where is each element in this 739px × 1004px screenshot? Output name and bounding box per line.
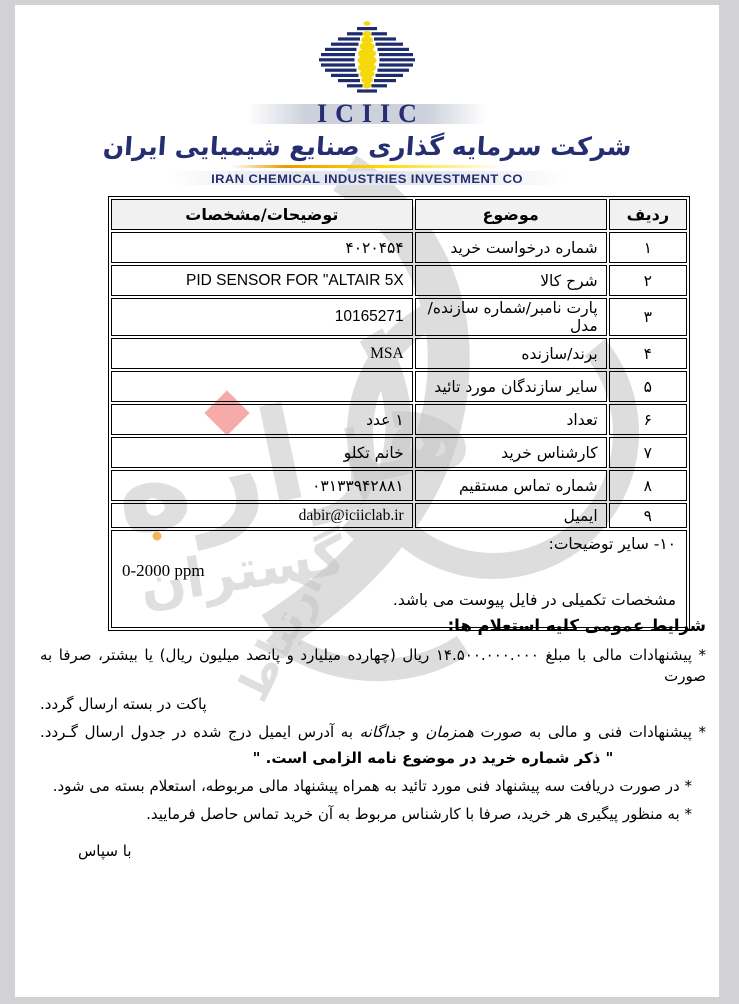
terms-bullet-1-line-2: پاكت در بسته ارسال گردد.: [40, 694, 706, 715]
orange-divider: [231, 165, 503, 168]
row-number: ۲: [609, 265, 687, 296]
row-subject: پارت نامبر/شماره سازنده/مدل: [415, 298, 607, 336]
other-notes-value: 0-2000 ppm: [122, 561, 676, 581]
row-details: MSA: [111, 338, 413, 369]
company-name-english: IRAN CHEMICAL INDUSTRIES INVESTMENT CO: [211, 171, 523, 185]
row-details: ۴۰۲۰۴۵۴: [111, 232, 413, 263]
terms-bullet-2: * پيشنهادات فنی و مالی به صورت همزمان و …: [40, 722, 706, 743]
table-row: ۵ ساير سازندگان مورد تائيد: [111, 371, 687, 402]
terms-bullet-4: * به منظور پيگيری هر خريد، صرفا با كارشن…: [40, 804, 706, 825]
row-number: ۳: [609, 298, 687, 336]
row-subject: ايميل: [415, 503, 607, 528]
row-subject: برند/سازنده: [415, 338, 607, 369]
table-row: ۴ برند/سازنده MSA: [111, 338, 687, 369]
document-page: { "page": { "frame_color": "#d2d2d4", "p…: [0, 0, 739, 1004]
row-number: ۷: [609, 437, 687, 468]
header-row-number: رديف: [609, 199, 687, 230]
company-name-farsi: شرکت سرمایه گذاری صنایع شیمیایی ایران: [102, 131, 633, 163]
inquiry-table: رديف موضوع توضيحات/مشخصات ۱ شماره درخواس…: [108, 196, 690, 631]
row-number: ۱: [609, 232, 687, 263]
row-subject: ساير سازندگان مورد تائيد: [415, 371, 607, 402]
row-details: ۰۳۱۳۳۹۴۲۸۸۱: [111, 470, 413, 501]
row-details: PID SENSOR FOR "ALTAIR 5X: [111, 265, 413, 296]
company-logo-icon: [317, 21, 417, 99]
table-row: ۱ شماره درخواست خريد ۴۰۲۰۴۵۴: [111, 232, 687, 263]
row-number: ۴: [609, 338, 687, 369]
bullet-2-pre: * پيشنهادات فنی و مالی به صورت: [474, 723, 706, 741]
table-row: ۸ شماره تماس مستقيم ۰۳۱۳۳۹۴۲۸۸۱: [111, 470, 687, 501]
company-name-english-band: IRAN CHEMICAL INDUSTRIES INVESTMENT CO: [127, 170, 607, 186]
other-notes-attachment: مشخصات تكميلی در فايل پيوست می باشد.: [122, 591, 676, 609]
bullet-2-italic-1: همزمان: [425, 723, 473, 741]
table-row: ۹ ايميل dabir@iciiclab.ir: [111, 503, 687, 528]
row-subject: كارشناس خريد: [415, 437, 607, 468]
closing-thanks: با سپاس: [40, 841, 706, 862]
row-details: ۱ عدد: [111, 404, 413, 435]
row-details: 10165271: [111, 298, 413, 336]
other-notes-label: ۱۰- ساير توضيحات:: [122, 535, 676, 553]
terms-bullet-1-line-1: * پيشنهادات مالی با مبلغ ۱۴.۵۰۰.۰۰۰.۰۰۰ …: [40, 645, 706, 687]
terms-bullet-2-bold-note: " ذكر شماره خريد در موضوع نامه الزامی اس…: [40, 748, 706, 769]
logo-acronym-band: ICIIC: [247, 101, 487, 127]
terms-bullet-3: * در صورت دريافت سه پيشنهاد فنی مورد تائ…: [40, 776, 706, 797]
terms-heading: شرايط عمومی كليه استعلام ها:: [40, 615, 706, 636]
header-subject: موضوع: [415, 199, 607, 230]
logo-acronym: ICIIC: [309, 99, 425, 129]
bullet-2-post: به آدرس ايميل درج شده در جدول ارسال گـرد…: [40, 723, 360, 741]
row-subject: شرح كالا: [415, 265, 607, 296]
bullet-2-mid: و: [405, 723, 426, 741]
row-number: ۶: [609, 404, 687, 435]
table-row: ۲ شرح كالا PID SENSOR FOR "ALTAIR 5X: [111, 265, 687, 296]
document-paper: هزاره گستران ارتباط: [15, 5, 719, 997]
table-row-other-notes: ۱۰- ساير توضيحات: 0-2000 ppm مشخصات تكمي…: [111, 530, 687, 628]
general-terms: شرايط عمومی كليه استعلام ها: * پيشنهادات…: [40, 615, 706, 862]
row-subject: شماره تماس مستقيم: [415, 470, 607, 501]
row-subject: شماره درخواست خريد: [415, 232, 607, 263]
row-details: dabir@iciiclab.ir: [111, 503, 413, 528]
bullet-2-italic-2: جداگانه: [360, 723, 405, 741]
table-row: ۳ پارت نامبر/شماره سازنده/مدل 10165271: [111, 298, 687, 336]
table-row: ۷ كارشناس خريد خانم تكلو: [111, 437, 687, 468]
row-details: [111, 371, 413, 402]
row-number: ۹: [609, 503, 687, 528]
table-row: ۶ تعداد ۱ عدد: [111, 404, 687, 435]
table-header-row: رديف موضوع توضيحات/مشخصات: [111, 199, 687, 230]
row-subject: تعداد: [415, 404, 607, 435]
row-number: ۸: [609, 470, 687, 501]
row-details: خانم تكلو: [111, 437, 413, 468]
row-number: ۵: [609, 371, 687, 402]
company-header: ICIIC شرکت سرمایه گذاری صنایع شیمیایی ای…: [15, 21, 719, 186]
header-details: توضيحات/مشخصات: [111, 199, 413, 230]
